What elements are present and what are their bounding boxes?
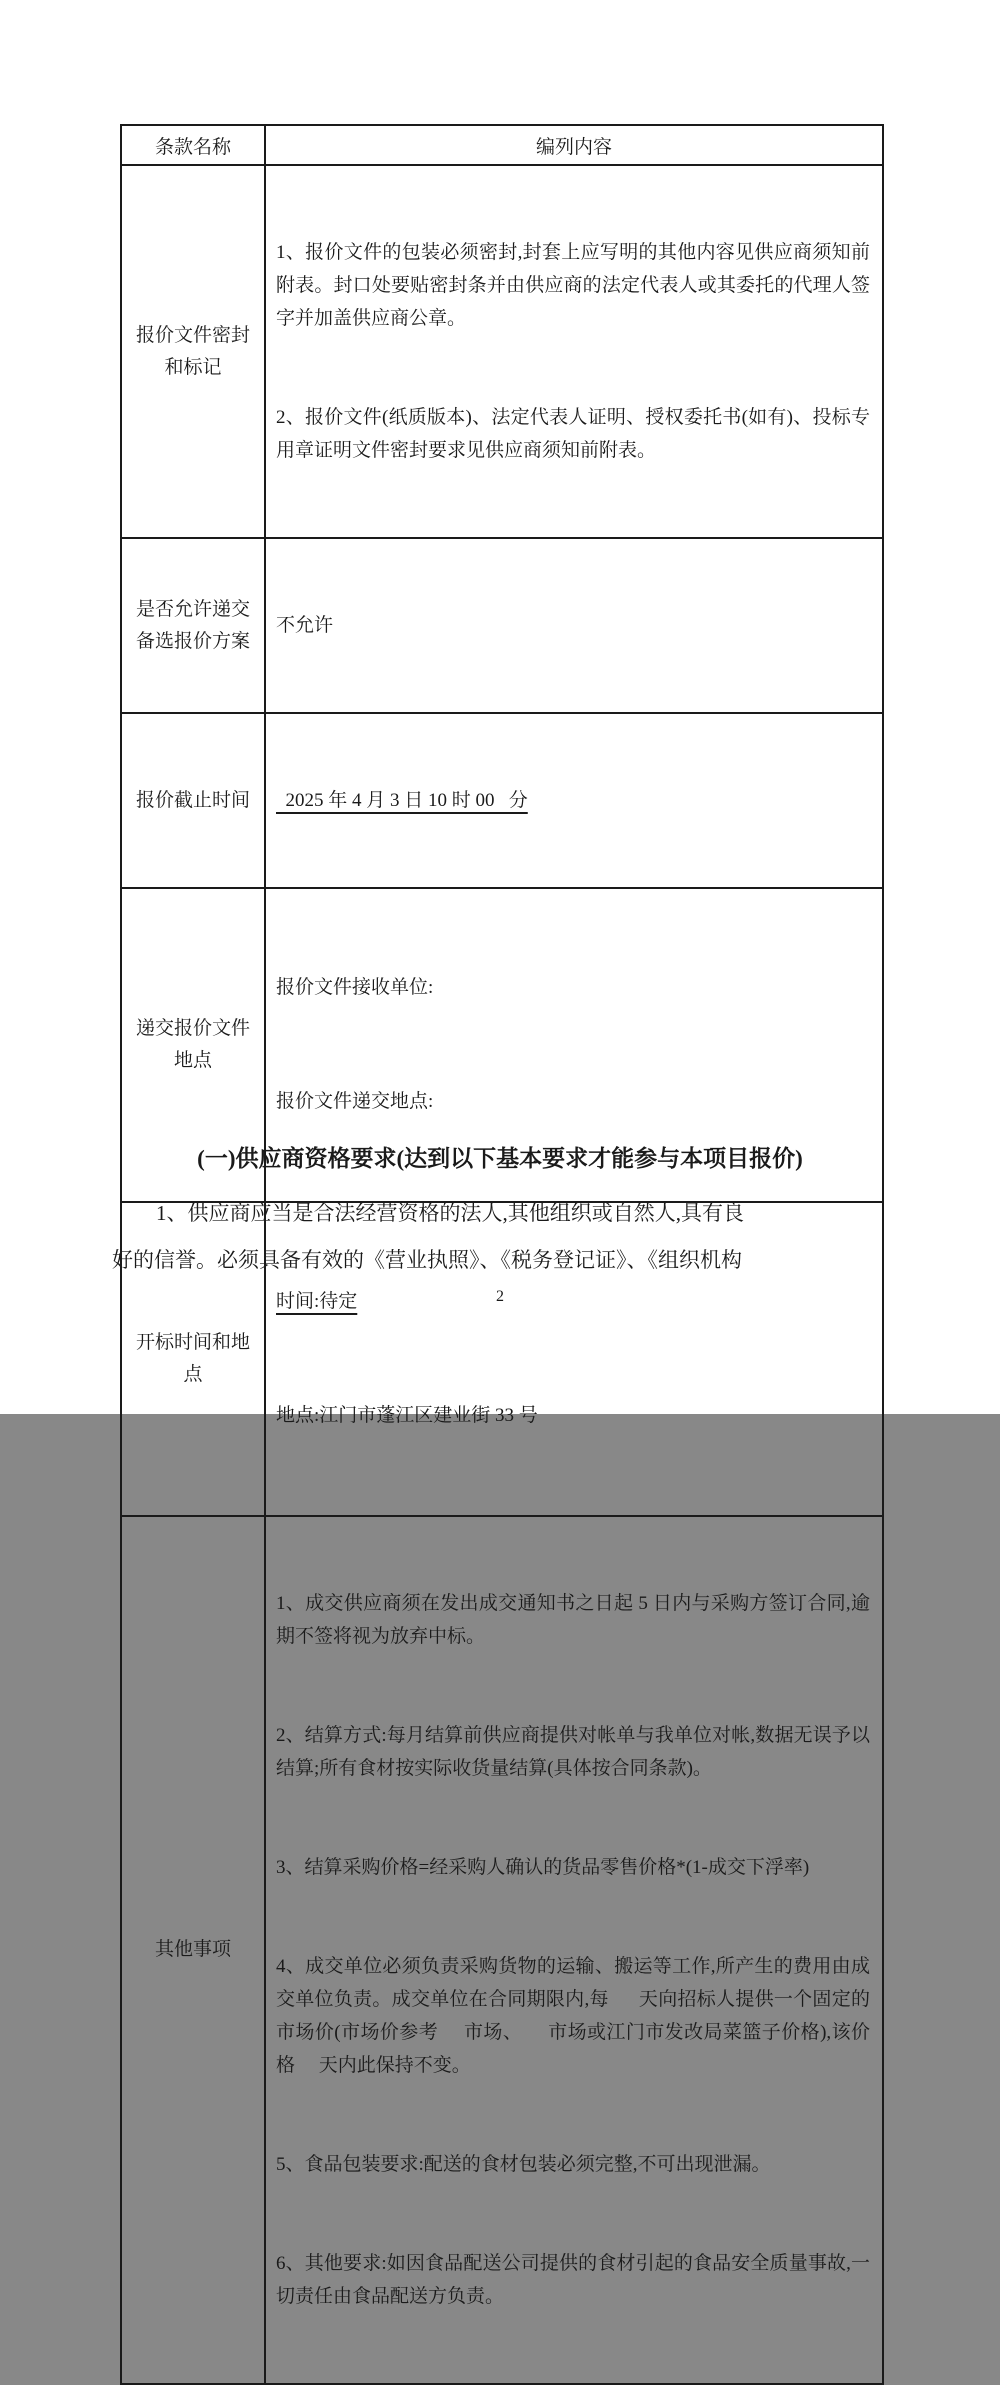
other-item: 4、成交单位必须负责采购货物的运输、搬运等工作,所产生的费用由成交单位负责。成交… [276, 1950, 870, 2082]
other-item: 6、其他要求:如因食品配送公司提供的食材引起的食品安全质量事故,一切责任由食品配… [276, 2247, 870, 2313]
other-item: 3、结算采购价格=经采购人确认的货品零售价格*(1-成交下浮率) [276, 1851, 870, 1884]
table-row: 其他事项 1、成交供应商须在发出成交通知书之日起 5 日内与采购方签订合同,逾期… [121, 1516, 883, 2384]
row-label-line: 备选报价方案 [136, 631, 250, 652]
row-label-line: 其他事项 [155, 1939, 231, 1960]
body-paragraph: 1、供应商应当是合法经营资格的法人,其他组织或自然人,具有良 好的信誉。必须具备… [112, 1190, 890, 1284]
header-content: 编列内容 [265, 125, 883, 165]
content-paragraph: 1、报价文件的包装必须密封,封套上应写明的其他内容见供应商须知前附表。封口处要贴… [276, 236, 870, 335]
row-label-line: 和标记 [164, 357, 221, 378]
document-page: 条款名称 编列内容 报价文件密封 和标记 1、报价文件的包装必须密封,封套上应写… [0, 0, 1000, 1414]
row-content: 1、报价文件的包装必须密封,封套上应写明的其他内容见供应商须知前附表。封口处要贴… [265, 165, 883, 538]
row-label-line: 开标时间和地 [136, 1332, 250, 1353]
row-label-line: 地点 [174, 1050, 212, 1071]
row-label-line: 点 [183, 1364, 202, 1385]
section-heading: (一)供应商资格要求(达到以下基本要求才能参与本项目报价) [0, 1140, 1000, 1173]
deadline-value: 2025 年 4 月 3 日 10 时 00 分 [276, 784, 870, 817]
content-paragraph: 2、报价文件(纸质版本)、法定代表人证明、授权委托书(如有)、投标专用章证明文件… [276, 401, 870, 467]
row-label-line: 是否允许递交 [136, 599, 250, 620]
table-row: 是否允许递交 备选报价方案 不允许 [121, 538, 883, 713]
content-line: 报价文件接收单位: [276, 969, 870, 1007]
row-content: 2025 年 4 月 3 日 10 时 00 分 [265, 713, 883, 888]
row-label: 其他事项 [121, 1516, 265, 2384]
row-content: 1、成交供应商须在发出成交通知书之日起 5 日内与采购方签订合同,逾期不签将视为… [265, 1516, 883, 2384]
header-clause-name: 条款名称 [121, 125, 265, 165]
table-row: 报价文件密封 和标记 1、报价文件的包装必须密封,封套上应写明的其他内容见供应商… [121, 165, 883, 538]
row-label: 报价文件密封 和标记 [121, 165, 265, 538]
row-label: 是否允许递交 备选报价方案 [121, 538, 265, 713]
content-paragraph: 不允许 [276, 609, 870, 642]
table-row: 报价截止时间 2025 年 4 月 3 日 10 时 00 分 [121, 713, 883, 888]
other-item: 2、结算方式:每月结算前供应商提供对帐单与我单位对帐,数据无误予以结算;所有食材… [276, 1719, 870, 1785]
row-label-line: 报价截止时间 [136, 790, 250, 811]
deadline-underlined-text: 2025 年 4 月 3 日 10 时 00 分 [276, 790, 528, 811]
page-number: 2 [0, 1288, 1000, 1306]
paragraph-line: 1、供应商应当是合法经营资格的法人,其他组织或自然人,具有良 [112, 1190, 890, 1237]
content-line: 报价文件递交地点: [276, 1083, 870, 1121]
paragraph-line: 好的信誉。必须具备有效的《营业执照》、《税务登记证》、《组织机构 [112, 1237, 890, 1284]
opening-location-line: 地点:江门市蓬江区建业街 33 号 [276, 1397, 870, 1435]
other-item: 5、食品包装要求:配送的食材包装必须完整,不可出现泄漏。 [276, 2148, 870, 2181]
row-label-line: 递交报价文件 [136, 1018, 250, 1039]
table-header-row: 条款名称 编列内容 [121, 125, 883, 165]
row-label: 报价截止时间 [121, 713, 265, 888]
row-label-line: 报价文件密封 [136, 325, 250, 346]
other-item: 1、成交供应商须在发出成交通知书之日起 5 日内与采购方签订合同,逾期不签将视为… [276, 1587, 870, 1653]
row-content: 不允许 [265, 538, 883, 713]
